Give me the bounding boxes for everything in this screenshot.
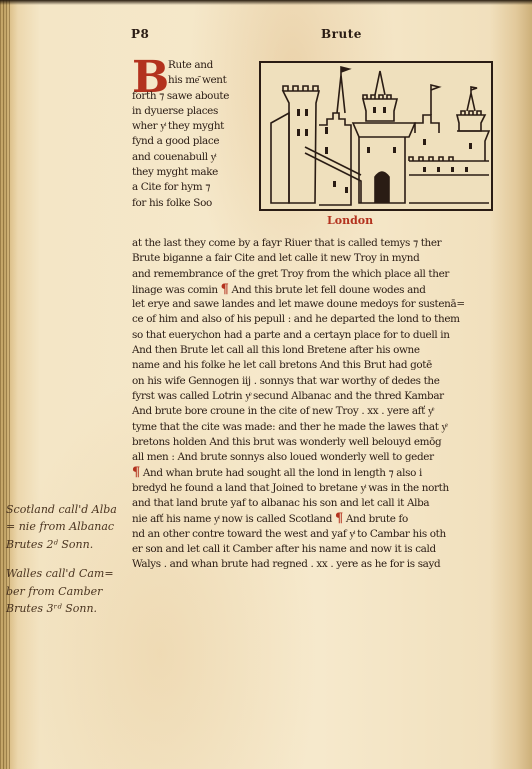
page-top-shadow (0, 0, 532, 5)
text-line: all men : And brute sonnys also loued wo… (132, 450, 510, 465)
marginal-note-line: = nie from Albanac (6, 518, 146, 535)
text-line: and remembrance of the gret Troy from th… (132, 267, 510, 282)
text-line: so that euerychon had a parte and a cert… (132, 328, 510, 343)
text-line: at the last they come by a fayr Riuer th… (132, 236, 510, 251)
text-line: er son and let call it Camber after his … (132, 542, 510, 557)
text-run: linage was comin (132, 284, 221, 296)
text-line: forth ⁊ sawe aboute (132, 89, 256, 104)
narrow-text-column: Rute and his me͂ went forth ⁊ sawe about… (168, 58, 256, 211)
text-line: Brute biganne a fair Cite and let calle … (132, 251, 510, 266)
text-line: his me͂ went (168, 73, 256, 88)
text-run: And brute fo (343, 513, 408, 525)
paragraph-mark: ¶ (335, 511, 343, 526)
text-line: and that land brute yaf to albanac his s… (132, 496, 510, 511)
text-line: Rute and (168, 58, 256, 73)
marginal-note-line: Walles call'd Cam= (6, 565, 146, 582)
text-line: on his wife Gennogen iij . sonnys that w… (132, 374, 510, 389)
text-line: fyrst was called Lotrin yͤ secund Albana… (132, 389, 510, 404)
text-line: linage was comin ¶ And this brute let fe… (132, 282, 510, 297)
text-line: a Cite for hym ⁊ (132, 180, 256, 195)
main-text-block: at the last they come by a fayr Riuer th… (132, 236, 510, 573)
marginal-note-line: Brutes 3ʳᵈ Sonn. (6, 600, 146, 617)
text-line: nie afť his name yͭ now is called Scotla… (132, 511, 510, 526)
illustration-caption: London (327, 214, 373, 227)
text-line: name and his folke he let call bretons A… (132, 358, 510, 373)
text-line: fynd a good place (132, 134, 256, 149)
text-line: tyme that the cite was made: and ther he… (132, 420, 510, 435)
paragraph-mark: ¶ (132, 465, 140, 480)
text-line: wher yͭ they myght (132, 119, 256, 134)
running-title: Brute (321, 27, 362, 41)
text-line: in dyuerse places (132, 104, 256, 119)
marginal-note-line: Scotland call'd Alba (6, 501, 146, 518)
text-line: nd an other contre toward the west and y… (132, 527, 510, 542)
text-run: nie afť his name yͭ now is called Scotla… (132, 513, 335, 525)
binding-gutter (0, 0, 10, 769)
text-line: they myght make (132, 165, 256, 180)
signature-mark: P8 (131, 27, 149, 41)
text-line: ¶ And whan brute had sought all the lond… (132, 465, 510, 480)
paragraph-mark: ¶ (221, 282, 229, 297)
text-line: ce of him and also of his pepull : and h… (132, 312, 510, 327)
text-run: And whan brute had sought all the lond i… (140, 467, 422, 479)
text-line: for his folke Soo (132, 196, 256, 211)
handwritten-marginalia: Scotland call'd Alba = nie from Albanac … (6, 501, 146, 617)
text-line: bretons holden And this brut was wonderl… (132, 435, 510, 450)
text-run: And this brute let fell doune wodes and (229, 284, 426, 296)
text-line: bredyd he found a land that Joined to br… (132, 481, 510, 496)
text-line: And brute bore croune in the cite of new… (132, 404, 510, 419)
marginal-note-line: Brutes 2ᵈ Sonn. (6, 536, 146, 553)
text-line: let erye and sawe landes and let mawe do… (132, 297, 510, 312)
text-line: And then Brute let call all this lond Br… (132, 343, 510, 358)
marginal-note-line: ber from Camber (6, 583, 146, 600)
text-line: and couenabull yͭ (132, 150, 256, 165)
text-line: Walys . and whan brute had regned . xx .… (132, 557, 510, 572)
note-spacer (6, 553, 146, 565)
castle-icon (261, 63, 491, 209)
castle-woodcut-illustration (259, 61, 493, 211)
